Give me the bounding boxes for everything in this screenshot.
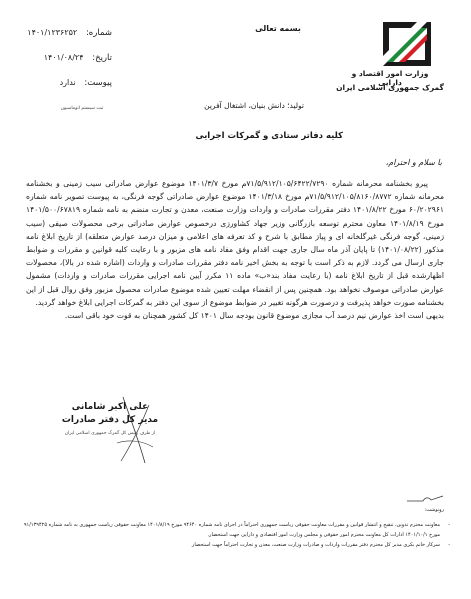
body-paragraph: پیرو بخشنامه محرمانه شماره ۷۱/۵/۹۱۲/۱۰۵/…	[26, 177, 444, 309]
cc-title: رونوشت:	[410, 507, 444, 513]
year-slogan: تولید؛ دانش بنیان، اشتغال آفرین	[190, 101, 304, 110]
cc-item-text: سرکار خانم بکری مدیر کل محترم دفتر مقررا…	[192, 542, 440, 548]
signatory-name: علی اکبر شامانی	[60, 401, 160, 414]
cc-item-text: معاونت محترم تدوین، تنقیح و انتشار قوانی…	[24, 522, 440, 538]
signature-block: علی اکبر شامانی مدیر کل دفتر صادرات از ط…	[60, 401, 160, 436]
letter-number-row: شماره: ۱۴۰۱/۱۲۳۶۲۵۲	[0, 28, 112, 38]
attachment-label: پیوست:	[84, 78, 112, 88]
bullet-dash-icon: -	[448, 540, 450, 550]
cc-list: - معاونت محترم تدوین، تنقیح و انتشار قوا…	[20, 520, 450, 550]
basmala-heading: بسمه تعالی	[248, 24, 308, 33]
attachment-row: پیوست: ندارد	[0, 78, 112, 88]
letter-body: پیرو بخشنامه محرمانه شماره ۷۱/۵/۹۱۲/۱۰۵/…	[26, 177, 444, 322]
attachment-value: ندارد	[60, 78, 76, 87]
signatory-title: مدیر کل دفتر صادرات	[60, 414, 160, 427]
salutation: با سلام و احترام،	[370, 158, 442, 167]
cc-item: - سرکار خانم بکری مدیر کل محترم دفتر مقر…	[20, 540, 450, 550]
agency-name: گمرک جمهوری اسلامی ایران	[335, 83, 445, 92]
signatory-note: از طرف رئیس کل گمرک جمهوری اسلامی ایران	[60, 431, 160, 436]
letter-date-label: تاریخ:	[92, 53, 112, 63]
registration-stamp-note: ثبت سیستم اتوماسیون	[50, 106, 114, 111]
recipient-line: کلیه دفاتر ستادی و گمرکات اجرایی	[195, 131, 343, 141]
bullet-dash-icon: -	[448, 520, 450, 530]
body-paragraph: بدیهی است اخذ عوارض نیم درصد آب مجازی مو…	[26, 309, 444, 322]
letter-date-value: ۱۴۰۱/۰۸/۲۴	[44, 53, 84, 62]
letter-number-value: ۱۴۰۱/۱۲۳۶۲۵۲	[27, 28, 77, 37]
initials-icon	[405, 495, 445, 503]
letter-date-row: تاریخ: ۱۴۰۱/۰۸/۲۴	[0, 53, 112, 63]
letter-number-label: شماره:	[86, 28, 112, 38]
customs-logo-icon	[383, 22, 431, 66]
cc-item: - معاونت محترم تدوین، تنقیح و انتشار قوا…	[20, 520, 450, 540]
